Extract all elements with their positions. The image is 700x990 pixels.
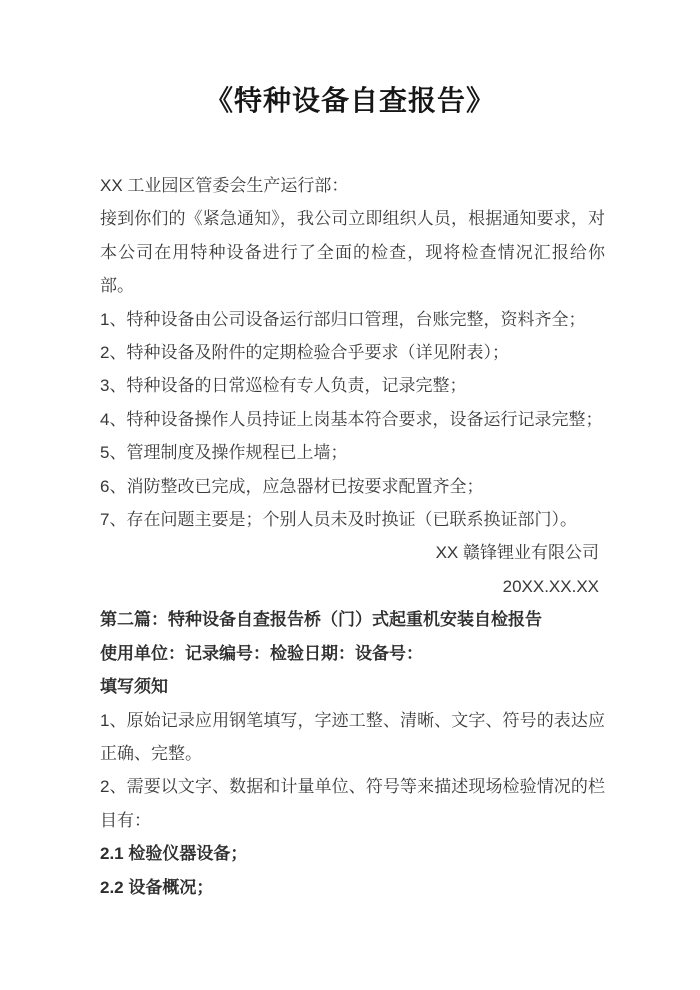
finding-item-7: 7、存在问题主要是；个别人员未及时换证（已联系换证部门）。 (100, 503, 605, 536)
notice-subitem-2-1: 2.1 检验仪器设备； (100, 837, 605, 870)
finding-item-6: 6、消防整改已完成，应急器材已按要求配置齐全； (100, 470, 605, 503)
finding-item-3: 3、特种设备的日常巡检有专人负责，记录完整； (100, 369, 605, 402)
notice-item-1: 1、原始记录应用钢笔填写，字迹工整、清晰、文字、符号的表达应正确、完整。 (100, 704, 605, 771)
finding-item-5: 5、管理制度及操作规程已上墙； (100, 436, 605, 469)
document-page: 《特种设备自查报告》 XX 工业园区管委会生产运行部： 接到你们的《紧急通知》，… (0, 0, 700, 990)
intro-paragraph: 接到你们的《紧急通知》，我公司立即组织人员，根据通知要求，对本公司在用特种设备进… (100, 202, 605, 302)
finding-item-1: 1、特种设备由公司设备运行部归口管理，台账完整，资料齐全； (100, 303, 605, 336)
signature-company: XX 赣锋锂业有限公司 (100, 536, 605, 569)
salutation-line: XX 工业园区管委会生产运行部： (100, 169, 605, 202)
notice-subitem-2-2: 2.2 设备概况； (100, 871, 605, 904)
document-body: XX 工业园区管委会生产运行部： 接到你们的《紧急通知》，我公司立即组织人员，根… (100, 169, 605, 904)
document-title: 《特种设备自查报告》 (0, 81, 700, 121)
finding-item-2: 2、特种设备及附件的定期检验合乎要求（详见附表）； (100, 336, 605, 369)
notice-title: 填写须知 (100, 670, 605, 703)
section2-heading: 第二篇：特种设备自查报告桥（门）式起重机安装自检报告 (100, 603, 605, 636)
signature-date: 20XX.XX.XX (100, 570, 605, 603)
section2-fields-line: 使用单位：记录编号：检验日期：设备号： (100, 637, 605, 670)
notice-item-2: 2、需要以文字、数据和计量单位、符号等来描述现场检验情况的栏目有： (100, 770, 605, 837)
finding-item-4: 4、特种设备操作人员持证上岗基本符合要求，设备运行记录完整； (100, 403, 605, 436)
